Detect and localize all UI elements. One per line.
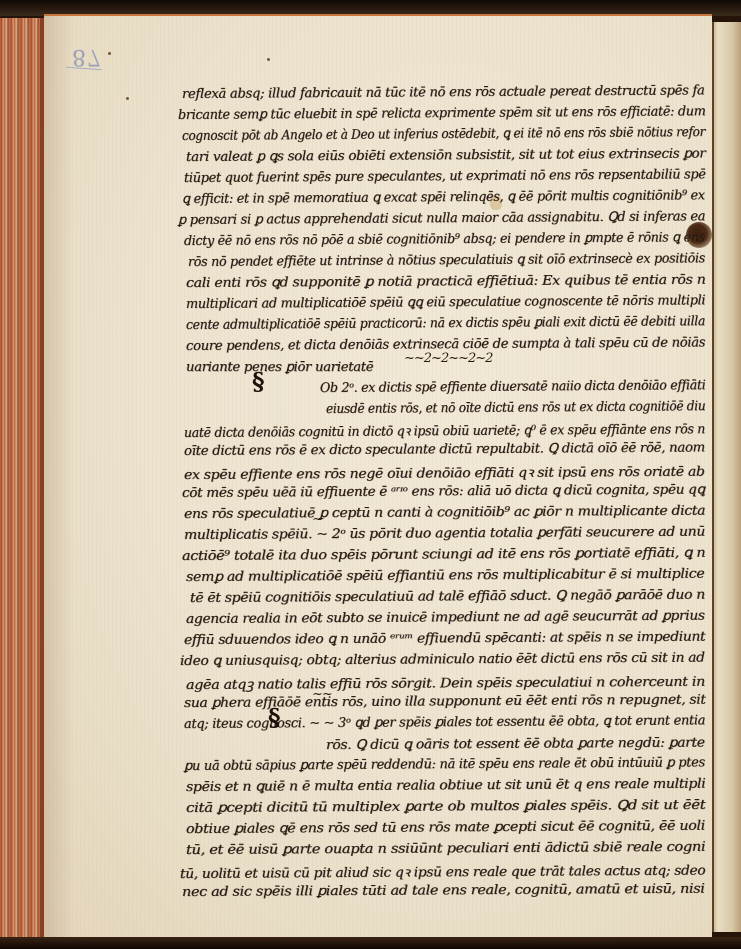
manuscript-line: multiplicatis spēiū. ~ 2ᵒ ūs pōrit duo a… <box>184 525 705 543</box>
manuscript-line: obtiue ꝑiales ꝗē ens rōs sed tū ens rōs … <box>186 819 705 837</box>
manuscript-line: atq; iteus cognosci. ~ ~ 3ᵒ ꝗd ꝑer spēis… <box>184 713 705 732</box>
manuscript-line: ideo ꝗ uniusquisq; obtq; alterius admini… <box>180 650 705 669</box>
manuscript-line: effiū sduuendos ideo ꝗ n unāō ᵉʳᵘᵐ effiu… <box>184 630 705 648</box>
pen-flourish: ~ <box>312 512 322 527</box>
manuscript-line: uatē dicta denōiās cognitū in dictō qꝛ i… <box>184 419 705 441</box>
manuscript-line: ꝑ pensari si ꝑ actus apprehendati sicut … <box>178 209 705 228</box>
manuscript-line: nec ad sic spēis illi ꝑiales tūti ad tal… <box>182 882 705 900</box>
manuscript-line: semꝑ ad multiplicatiōē spēiū effiantiū e… <box>186 567 704 585</box>
manuscript-photograph: 87 reflexā absq; illud fabricauit nā tūc… <box>0 0 741 949</box>
manuscript-line: citā ꝑcepti dicitū tū multiplex ꝑarte ob… <box>186 798 706 816</box>
manuscript-line: bricante semꝑ tūc eluebit in spē relicta… <box>178 104 706 123</box>
pen-flourish: ~~2~2~~2~2 <box>404 351 492 366</box>
manuscript-line: multiplicari ad multiplicatiōē spēiū ꝗꝗ … <box>186 293 705 312</box>
manuscript-line: cognoscit pōt ab Angelo et à Deo ut infe… <box>182 125 705 144</box>
manuscript-line: ꝑu uā obtū sāpius ꝑarte spēū reddendū: n… <box>184 755 705 774</box>
manuscript-line: uariante penes ꝑiōr uarietatē <box>186 360 373 375</box>
manuscript-line: sua ꝑhera effiāōē entis rōs, uino illa s… <box>184 693 706 711</box>
manuscript-line: cali enti rōs ꝗd supponitē ꝑ notiā pract… <box>186 273 706 291</box>
pen-flourish: ~~ <box>312 687 332 702</box>
manuscript-line: agēa atqꝫ natio talis effiū rōs sōrgit. … <box>186 672 705 693</box>
manuscript-line: Ob 2ᵒ. ex dictis spē effiente diuersatē … <box>320 378 706 396</box>
manuscript-line: tū, et ēē uisū ꝑarte ouapta n ssiūūnt pe… <box>186 840 705 858</box>
manuscript-line: eiusdē entis rōs, et nō oīte dictū ens r… <box>326 399 705 417</box>
manuscript-line: rōs. Ꝗ dicū ꝗ oāris tot essent ēē obta ꝑ… <box>326 735 705 753</box>
section-mark: § <box>268 703 281 732</box>
manuscript-line: tū, uolitū et uisū cū pit aliud sic qꝛ i… <box>180 860 705 882</box>
manuscript-line: dicty ēē nō ens rōs nō pōē a sbiē cognit… <box>184 230 705 249</box>
manuscript-line: ens rōs speculatiuē ꝑ ceptū n canti à co… <box>184 504 705 522</box>
manuscript-line: rōs nō pendet effiēte ut intrinse à nōti… <box>188 251 705 270</box>
manuscript-line: cōt mēs spēu uēā iū effiuente ē ᵃʳᶦᵒ ens… <box>182 482 705 501</box>
manuscript-line: oīte dictū ens rōs ē ex dicto speculante… <box>184 440 705 459</box>
manuscript-line: tiūpet quot fuerint spēs pure speculante… <box>184 167 706 186</box>
manuscript-line: reflexā absq; illud fabricauit nā tūc it… <box>182 83 705 102</box>
manuscript-line: cente admultiplicatiōē spēiū practicorū:… <box>186 314 705 333</box>
manuscript-line: ex spēu effiente ens rōs negē oīui denōi… <box>184 462 705 483</box>
manuscript-line: ꝗ efficit: et in spē memoratiua ꝗ excat … <box>182 188 705 207</box>
manuscript-line: agencia realia in eōt subto se inuicē im… <box>186 609 705 627</box>
manuscript-line: spēis et n ꝗuiē n ē multa entia realia o… <box>186 777 706 795</box>
manuscript-line: tari valeat ꝑ ꝗs sola eiūs obiēti extens… <box>186 146 706 165</box>
manuscript-line: actiōē⁹ totalē ita duo spēis pōrunt sciu… <box>182 546 705 564</box>
section-mark: § <box>252 367 265 396</box>
manuscript-line: tē ēt spēiū cognitiōis speculatiuū ad ta… <box>190 588 705 606</box>
manuscript-text: reflexā absq; illud fabricauit nā tūc it… <box>0 0 741 949</box>
